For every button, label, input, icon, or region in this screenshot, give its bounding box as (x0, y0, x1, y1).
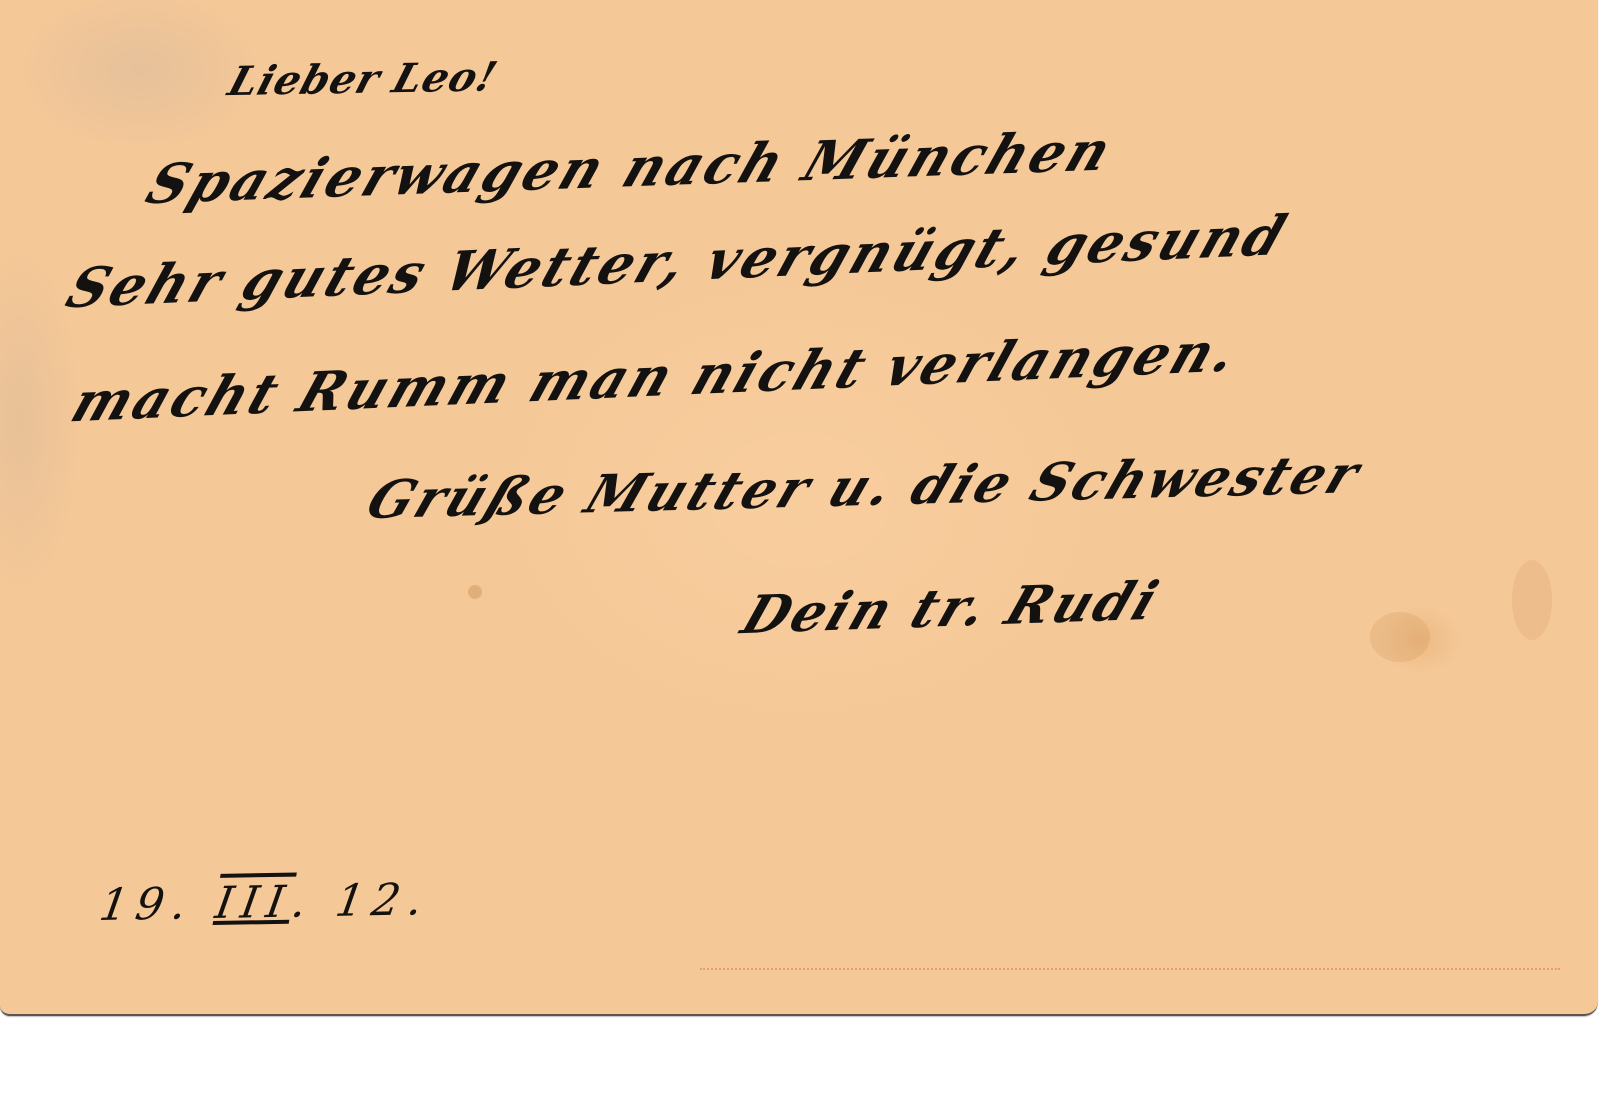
letter-line-3: macht Rumm man nicht verlangen. (63, 319, 1248, 435)
date-day: 19. (96, 878, 198, 931)
salutation: Lieber Leo! (223, 53, 503, 105)
date: 19. III. 12. (96, 874, 434, 931)
letter-line-2: Sehr gutes Wetter, vergnügt, gesund (58, 202, 1297, 320)
postcard: Lieber Leo! Spazierwagen nach München Se… (0, 0, 1598, 1016)
stain (468, 585, 482, 599)
signature: Dein tr. Rudi (734, 570, 1169, 646)
faint-printed-line (700, 968, 1560, 970)
date-month: III (212, 877, 296, 929)
letter-line-4: Grüße Mutter u. die Schwester (358, 444, 1370, 532)
stain (1370, 612, 1430, 662)
stain (1512, 560, 1552, 640)
date-year: 12. (332, 874, 434, 927)
letter-line-1: Spazierwagen nach München (138, 118, 1123, 216)
